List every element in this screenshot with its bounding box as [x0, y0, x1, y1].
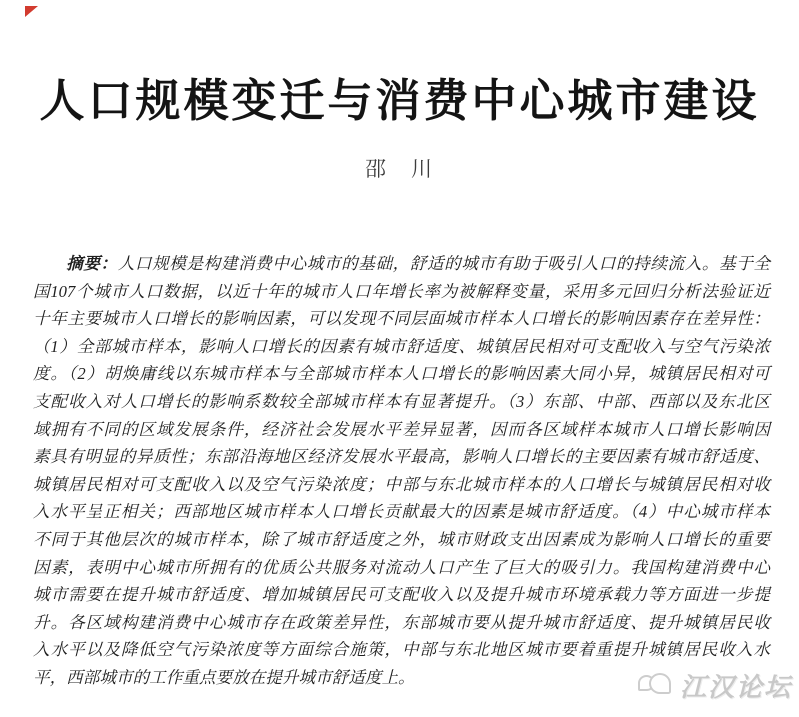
abstract-line: 升。各区域构建消费中心城市存在政策差异性，东部城市要从提升城市舒适度、提升城镇居… — [33, 609, 770, 637]
abstract-line: 度。（2）胡焕庸线以东城市样本与全部城市样本人口增长的影响因素大同小异，城镇居民… — [33, 360, 770, 388]
abstract-line: 入水平呈正相关；西部地区城市样本人口增长贡献最大的因素是城市舒适度。（4）中心城… — [33, 498, 770, 526]
abstract-first-text: 人口规模是构建消费中心城市的基础，舒适的城市有助于吸引人口的持续流入。基于全 — [118, 254, 770, 273]
abstract-line: 城市需要在提升城市舒适度、增加城镇居民可支配收入以及提升城市环境承载力等方面进一… — [33, 581, 770, 609]
abstract: 摘要：人口规模是构建消费中心城市的基础，舒适的城市有助于吸引人口的持续流入。基于… — [33, 250, 770, 692]
abstract-line: 支配收入对人口增长的影响系数较全部城市样本有显著提升。（3）东部、中部、西部以及… — [33, 388, 770, 416]
watermark: 江汉论坛 — [637, 667, 792, 704]
abstract-lines: 国107个城市人口数据，以近十年的城市人口年增长率为被解释变量，采用多元回归分析… — [33, 278, 770, 692]
abstract-line: 国107个城市人口数据，以近十年的城市人口年增长率为被解释变量，采用多元回归分析… — [33, 278, 770, 306]
abstract-line: 域拥有不同的区域发展条件，经济社会发展水平差异显著，因而各区域样本城市人口增长影… — [33, 416, 770, 444]
abstract-line: 十年主要城市人口增长的影响因素，可以发现不同层面城市样本人口增长的影响因素存在差… — [33, 305, 770, 333]
abstract-line: 城镇居民相对可支配收入以及空气污染浓度；中部与东北城市样本的人口增长与城镇居民相… — [33, 471, 770, 499]
corner-mark-icon — [25, 6, 38, 17]
abstract-line: （1）全部城市样本，影响人口增长的因素有城市舒适度、城镇居民相对可支配收入与空气… — [33, 333, 770, 361]
author-name: 邵 川 — [0, 153, 799, 183]
chat-bubble-large-icon — [649, 673, 671, 694]
abstract-first-line: 摘要：人口规模是构建消费中心城市的基础，舒适的城市有助于吸引人口的持续流入。基于… — [33, 250, 770, 278]
abstract-line: 入水平以及降低空气污染浓度等方面综合施策，中部与东北地区城市要着重提升城镇居民收… — [33, 636, 770, 664]
page-title: 人口规模变迁与消费中心城市建设 — [0, 64, 799, 129]
abstract-label: 摘要： — [66, 254, 118, 273]
watermark-text: 江汉论坛 — [680, 667, 792, 704]
chat-bubbles-icon — [637, 672, 673, 699]
abstract-line: 素具有明显的异质性；东部沿海地区经济发展水平最高，影响人口增长的主要因素有城市舒… — [33, 443, 770, 471]
abstract-line: 不同于其他层次的城市样本，除了城市舒适度之外，城市财政支出因素成为影响人口增长的… — [33, 526, 770, 554]
abstract-line: 因素，表明中心城市所拥有的优质公共服务对流动人口产生了巨大的吸引力。我国构建消费… — [33, 554, 770, 582]
